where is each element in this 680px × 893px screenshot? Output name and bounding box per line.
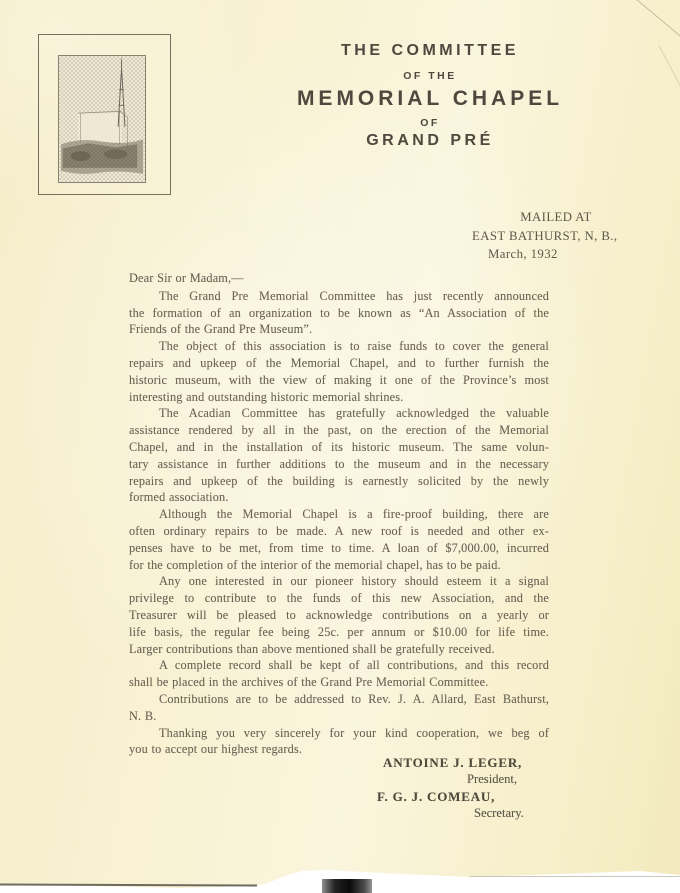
text-line: Treasurer will be pleased to acknowledge… — [129, 607, 549, 624]
chapel-photo-frame — [38, 34, 171, 195]
secretary-signature-name: F. G. J. COMEAU, — [377, 789, 495, 805]
text-line: tary assistance in further additions to … — [129, 456, 549, 473]
paragraph-3: The Acadian Committee has gratefully ack… — [129, 405, 549, 506]
president-signature-name: ANTOINE J. LEGER, — [383, 755, 522, 771]
paragraph-8: Thanking you very sincerely for your kin… — [129, 725, 549, 759]
org-name-line-2: OF THE — [255, 70, 605, 82]
text-line: repairs and upkeep of the building is ea… — [129, 473, 549, 490]
text-line: formed association. — [129, 489, 549, 506]
scanned-letter-page: THE COMMITTEE OF THE MEMORIAL CHAPEL OF … — [0, 0, 680, 893]
text-line: The Grand Pre Memorial Committee has jus… — [129, 288, 549, 305]
text-line: Any one interested in our pioneer histor… — [129, 573, 549, 590]
salutation: Dear Sir or Madam,— — [129, 270, 549, 287]
text-line: shall be placed in the archives of the G… — [129, 674, 549, 691]
mailing-date: March, 1932 — [472, 245, 640, 264]
text-line: for the completion of the interior of th… — [129, 557, 549, 574]
text-line: the formation of an organization to be k… — [129, 305, 549, 322]
paragraph-4: Although the Memorial Chapel is a fire-p… — [129, 506, 549, 573]
scan-artifact — [322, 879, 372, 893]
mailing-block: MAILED AT EAST BATHURST, N, B., March, 1… — [472, 208, 640, 264]
org-name-line-4: OF — [255, 117, 605, 129]
text-line: The Acadian Committee has gratefully ack… — [129, 405, 549, 422]
text-line: repairs and upkeep of the Memorial Chape… — [129, 355, 549, 372]
letter-paper: THE COMMITTEE OF THE MEMORIAL CHAPEL OF … — [0, 0, 680, 893]
text-line: Larger contributions than above mentione… — [129, 641, 549, 658]
paper-crease — [658, 45, 680, 88]
org-name-line-3: MEMORIAL CHAPEL — [255, 87, 605, 111]
text-line: The object of this association is to rai… — [129, 338, 549, 355]
mailing-place: EAST BATHURST, N, B., — [472, 227, 640, 246]
text-line: Contributions are to be addressed to Rev… — [129, 691, 549, 708]
text-line: interesting and outstanding historic mem… — [129, 389, 549, 406]
text-line: Thanking you very sincerely for your kin… — [129, 725, 549, 742]
president-signature-title: President, — [467, 772, 517, 787]
text-line: privilege to contribute to the funds of … — [129, 590, 549, 607]
text-line: penses have to be met, from time to time… — [129, 540, 549, 557]
text-line: Although the Memorial Chapel is a fire-p… — [129, 506, 549, 523]
org-name-line-1: THE COMMITTEE — [255, 42, 605, 60]
chapel-sketch-icon — [59, 56, 145, 182]
text-line: assistance rendered by all in the past, … — [129, 422, 549, 439]
paper-edge-line — [470, 876, 680, 877]
secretary-signature-title: Secretary. — [474, 806, 524, 821]
text-line: historic museum, with the view of making… — [129, 372, 549, 389]
paragraph-2: The object of this association is to rai… — [129, 338, 549, 405]
text-line: N. B. — [129, 708, 549, 725]
letter-body: Dear Sir or Madam,— The Grand Pre Memori… — [129, 270, 549, 758]
text-line: Chapel, and in the installation of its h… — [129, 439, 549, 456]
paper-crease — [636, 0, 680, 46]
text-line: A complete record shall be kept of all c… — [129, 657, 549, 674]
paragraph-5: Any one interested in our pioneer histor… — [129, 573, 549, 657]
paragraph-6: A complete record shall be kept of all c… — [129, 657, 549, 691]
mailed-at-label: MAILED AT — [472, 208, 640, 227]
text-line: often ordinary repairs to be made. A new… — [129, 523, 549, 540]
text-line: life basis, the regular fee being 25c. p… — [129, 624, 549, 641]
chapel-photo — [58, 55, 146, 183]
paragraph-1: The Grand Pre Memorial Committee has jus… — [129, 288, 549, 338]
org-name-line-5: GRAND PRÉ — [255, 132, 605, 150]
text-line: Friends of the Grand Pre Museum”. — [129, 321, 549, 338]
paragraph-7: Contributions are to be addressed to Rev… — [129, 691, 549, 725]
